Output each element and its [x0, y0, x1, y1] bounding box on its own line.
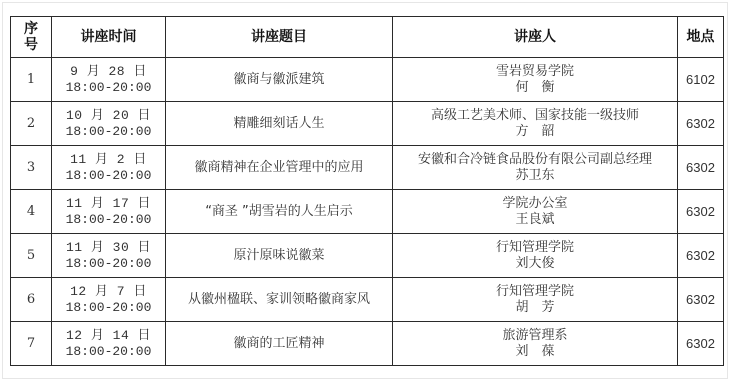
row-room: 6302 — [678, 234, 724, 278]
lecture-schedule-table: 序号 讲座时间 讲座题目 讲座人 地点 1 9 月 28 日18:00-20:0… — [10, 16, 724, 366]
row-no: 5 — [11, 234, 52, 278]
header-time: 讲座时间 — [52, 17, 166, 58]
row-speaker: 行知管理学院胡 芳 — [393, 278, 678, 322]
table-row: 4 11 月 17 日18:00-20:00 “商圣 ”胡雪岩的人生启示 学院办… — [11, 190, 724, 234]
row-time: 11 月 17 日18:00-20:00 — [52, 190, 166, 234]
row-room: 6302 — [678, 190, 724, 234]
row-time: 11 月 2 日18:00-20:00 — [52, 146, 166, 190]
row-time: 9 月 28 日18:00-20:00 — [52, 58, 166, 102]
header-no-line1: 序 — [24, 21, 38, 37]
row-hours: 18:00-20:00 — [52, 168, 165, 184]
header-no-line2: 号 — [24, 37, 38, 53]
row-date: 11 月 30 日 — [52, 240, 165, 256]
row-date: 12 月 14 日 — [52, 328, 165, 344]
row-hours: 18:00-20:00 — [52, 124, 165, 140]
row-no: 2 — [11, 102, 52, 146]
row-time: 10 月 20 日18:00-20:00 — [52, 102, 166, 146]
speaker-name: 苏卫东 — [393, 168, 677, 184]
row-no: 1 — [11, 58, 52, 102]
row-speaker: 雪岩贸易学院何 衡 — [393, 58, 678, 102]
row-room: 6102 — [678, 58, 724, 102]
speaker-name: 王良斌 — [393, 212, 677, 228]
header-room: 地点 — [678, 17, 724, 58]
table-row: 6 12 月 7 日18:00-20:00 从徽州楹联、家训领略徽商家风 行知管… — [11, 278, 724, 322]
row-hours: 18:00-20:00 — [52, 300, 165, 316]
row-hours: 18:00-20:00 — [52, 256, 165, 272]
table-row: 7 12 月 14 日18:00-20:00 徽商的工匠精神 旅游管理系刘 葆 … — [11, 322, 724, 366]
row-topic: 原汁原味说徽菜 — [166, 234, 393, 278]
row-room: 6302 — [678, 322, 724, 366]
row-hours: 18:00-20:00 — [52, 80, 165, 96]
header-topic: 讲座题目 — [166, 17, 393, 58]
row-speaker: 高级工艺美术师、国家技能一级技师方 韶 — [393, 102, 678, 146]
row-date: 11 月 2 日 — [52, 152, 165, 168]
speaker-name: 方 韶 — [393, 124, 677, 140]
speaker-name: 胡 芳 — [393, 300, 677, 316]
table-row: 1 9 月 28 日18:00-20:00 徽商与徽派建筑 雪岩贸易学院何 衡 … — [11, 58, 724, 102]
speaker-affiliation: 安徽和合冷链食品股份有限公司副总经理 — [393, 152, 677, 168]
speaker-affiliation: 学院办公室 — [393, 196, 677, 212]
row-room: 6302 — [678, 102, 724, 146]
row-no: 4 — [11, 190, 52, 234]
row-topic: 徽商精神在企业管理中的应用 — [166, 146, 393, 190]
row-speaker: 安徽和合冷链食品股份有限公司副总经理苏卫东 — [393, 146, 678, 190]
row-topic: 精雕细刻话人生 — [166, 102, 393, 146]
table-row: 5 11 月 30 日18:00-20:00 原汁原味说徽菜 行知管理学院刘大俊… — [11, 234, 724, 278]
speaker-affiliation: 雪岩贸易学院 — [393, 64, 677, 80]
header-speaker: 讲座人 — [393, 17, 678, 58]
speaker-affiliation: 旅游管理系 — [393, 328, 677, 344]
row-time: 12 月 14 日18:00-20:00 — [52, 322, 166, 366]
speaker-affiliation: 行知管理学院 — [393, 240, 677, 256]
row-no: 6 — [11, 278, 52, 322]
table-row: 3 11 月 2 日18:00-20:00 徽商精神在企业管理中的应用 安徽和合… — [11, 146, 724, 190]
row-hours: 18:00-20:00 — [52, 344, 165, 360]
row-date: 9 月 28 日 — [52, 64, 165, 80]
row-date: 12 月 7 日 — [52, 284, 165, 300]
row-topic: 从徽州楹联、家训领略徽商家风 — [166, 278, 393, 322]
row-room: 6302 — [678, 278, 724, 322]
speaker-name: 刘 葆 — [393, 344, 677, 360]
speaker-name: 何 衡 — [393, 80, 677, 96]
row-date: 11 月 17 日 — [52, 196, 165, 212]
row-speaker: 学院办公室王良斌 — [393, 190, 678, 234]
speaker-name: 刘大俊 — [393, 256, 677, 272]
row-no: 3 — [11, 146, 52, 190]
row-speaker: 旅游管理系刘 葆 — [393, 322, 678, 366]
table-header-row: 序号 讲座时间 讲座题目 讲座人 地点 — [11, 17, 724, 58]
speaker-affiliation: 行知管理学院 — [393, 284, 677, 300]
row-no: 7 — [11, 322, 52, 366]
row-hours: 18:00-20:00 — [52, 212, 165, 228]
row-time: 11 月 30 日18:00-20:00 — [52, 234, 166, 278]
row-date: 10 月 20 日 — [52, 108, 165, 124]
header-no: 序号 — [11, 17, 52, 58]
row-speaker: 行知管理学院刘大俊 — [393, 234, 678, 278]
row-time: 12 月 7 日18:00-20:00 — [52, 278, 166, 322]
row-topic: 徽商的工匠精神 — [166, 322, 393, 366]
row-topic: “商圣 ”胡雪岩的人生启示 — [166, 190, 393, 234]
row-room: 6302 — [678, 146, 724, 190]
row-topic: 徽商与徽派建筑 — [166, 58, 393, 102]
speaker-affiliation: 高级工艺美术师、国家技能一级技师 — [393, 108, 677, 124]
table-row: 2 10 月 20 日18:00-20:00 精雕细刻话人生 高级工艺美术师、国… — [11, 102, 724, 146]
